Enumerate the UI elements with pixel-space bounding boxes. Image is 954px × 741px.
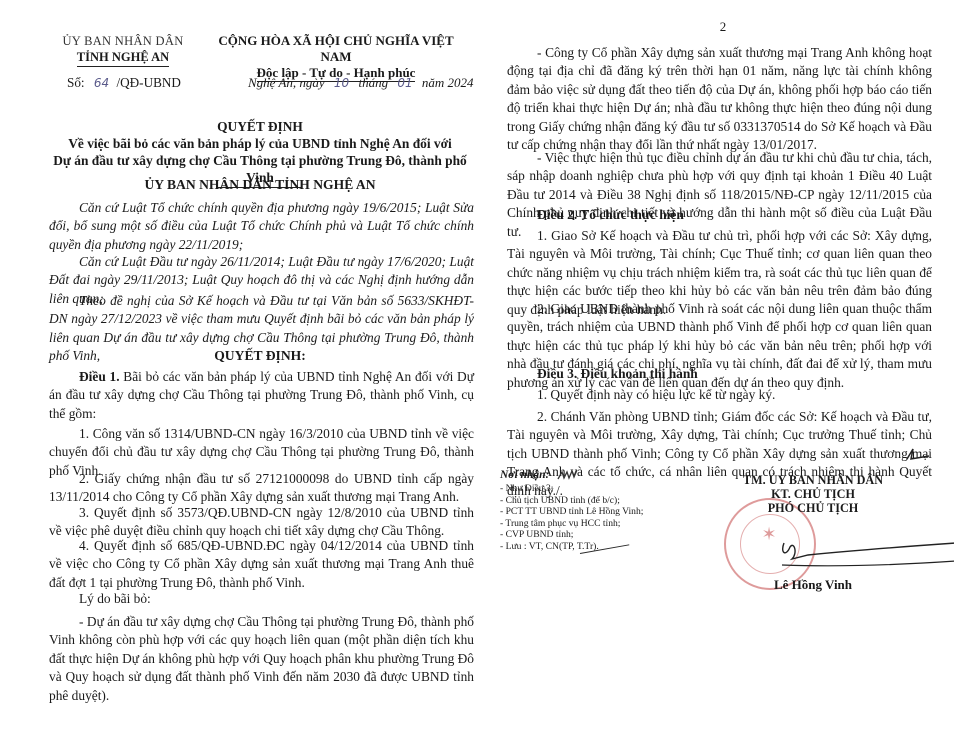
document-page-2: 2 - Công ty Cổ phần Xây dựng sản xuất th…	[488, 0, 954, 741]
handwritten-day: 10	[334, 76, 349, 90]
recipient-item: - PCT TT UBND tỉnh Lê Hồng Vinh;	[500, 506, 720, 518]
signature-line1: TM. ỦY BAN NHÂN DÂN	[728, 473, 898, 487]
document-page-1: ỦY BAN NHÂN DÂN TỈNH NGHỆ AN Số: 64 /QĐ-…	[0, 0, 488, 741]
article-1-item-3: 3. Quyết định số 3573/QĐ.UBND-CN ngày 12…	[49, 504, 474, 541]
recipient-item: - CVP UBND tỉnh;	[500, 529, 720, 541]
article-1: Điều 1. Bãi bỏ các văn bản pháp lý của U…	[49, 368, 474, 423]
article-3-heading: Điều 3. Điều khoản thi hành	[507, 365, 932, 383]
agency-line1: ỦY BAN NHÂN DÂN	[58, 33, 188, 49]
reason-label: Lý do bãi bỏ:	[49, 590, 474, 608]
handwritten-number: 64	[94, 76, 109, 90]
article-3-item-1: 1. Quyết định này có hiệu lực kể từ ngày…	[507, 386, 932, 404]
number-label: Số:	[67, 75, 85, 90]
article-2-heading: Điều 2. Tổ chức thực hiện	[507, 206, 932, 224]
article-1-item-4: 4. Quyết định số 685/QĐ-UBND.ĐC ngày 04/…	[49, 537, 474, 592]
recipients-block: Nơi nhận: - Như Điều 3; - Chủ tịch UBND …	[500, 469, 720, 552]
document-number: Số: 64 /QĐ-UBND	[67, 75, 181, 91]
issuing-authority: ỦY BAN NHÂN DÂN TỈNH NGHỆ AN	[40, 177, 480, 193]
decision-title: QUYẾT ĐỊNH	[40, 118, 480, 135]
recipients-label-text: Nơi nhận:	[500, 469, 549, 481]
agency-line2: TỈNH NGHỆ AN	[77, 49, 169, 67]
legal-basis-1: Căn cứ Luật Tổ chức chính quyền địa phươ…	[49, 199, 474, 254]
issue-date: Nghệ An, ngày 10 tháng 01 năm 2024	[248, 75, 474, 91]
signer-name: Lê Hồng Vinh	[728, 577, 898, 593]
recipient-item: - Chủ tịch UBND tỉnh (để b/c);	[500, 495, 720, 507]
date-year: năm 2024	[422, 75, 474, 90]
signature-block: TM. ỦY BAN NHÂN DÂN KT. CHỦ TỊCH PHÓ CHỦ…	[728, 473, 898, 515]
issuing-agency: ỦY BAN NHÂN DÂN TỈNH NGHỆ AN	[58, 33, 188, 67]
handwritten-month: 01	[397, 76, 412, 90]
recipient-item: - Trung tâm phục vụ HCC tỉnh;	[500, 518, 720, 530]
date-month-label: tháng	[358, 75, 388, 90]
date-prefix: Nghệ An, ngày	[248, 75, 325, 90]
page-number: 2	[708, 19, 738, 35]
number-suffix: /QĐ-UBND	[116, 75, 180, 90]
decides-heading: QUYẾT ĐỊNH:	[40, 348, 480, 364]
reason-2: - Công ty Cổ phần Xây dựng sản xuất thươ…	[507, 44, 932, 154]
reason-1: - Dự án đầu tư xây dựng chợ Cầu Thông tạ…	[49, 613, 474, 705]
recipients-label: Nơi nhận:	[500, 469, 720, 481]
nation-line1: CỘNG HÒA XÃ HỘI CHỦ NGHĨA VIỆT NAM	[208, 33, 464, 65]
signature-line3: PHÓ CHỦ TỊCH	[728, 501, 898, 515]
initials-icon	[556, 469, 578, 481]
handwritten-signature	[778, 535, 954, 575]
signature-line2: KT. CHỦ TỊCH	[728, 487, 898, 501]
article-1-label: Điều 1.	[79, 369, 120, 384]
initial-mark-icon	[905, 447, 931, 461]
decision-subtitle-1: Về việc bãi bỏ các văn bản pháp lý của U…	[40, 135, 480, 152]
recipients-list: - Như Điều 3; - Chủ tịch UBND tỉnh (để b…	[500, 483, 720, 552]
article-1-item-2: 2. Giấy chứng nhận đầu tư số 27121000098…	[49, 470, 474, 507]
recipient-item: - Như Điều 3;	[500, 483, 720, 495]
